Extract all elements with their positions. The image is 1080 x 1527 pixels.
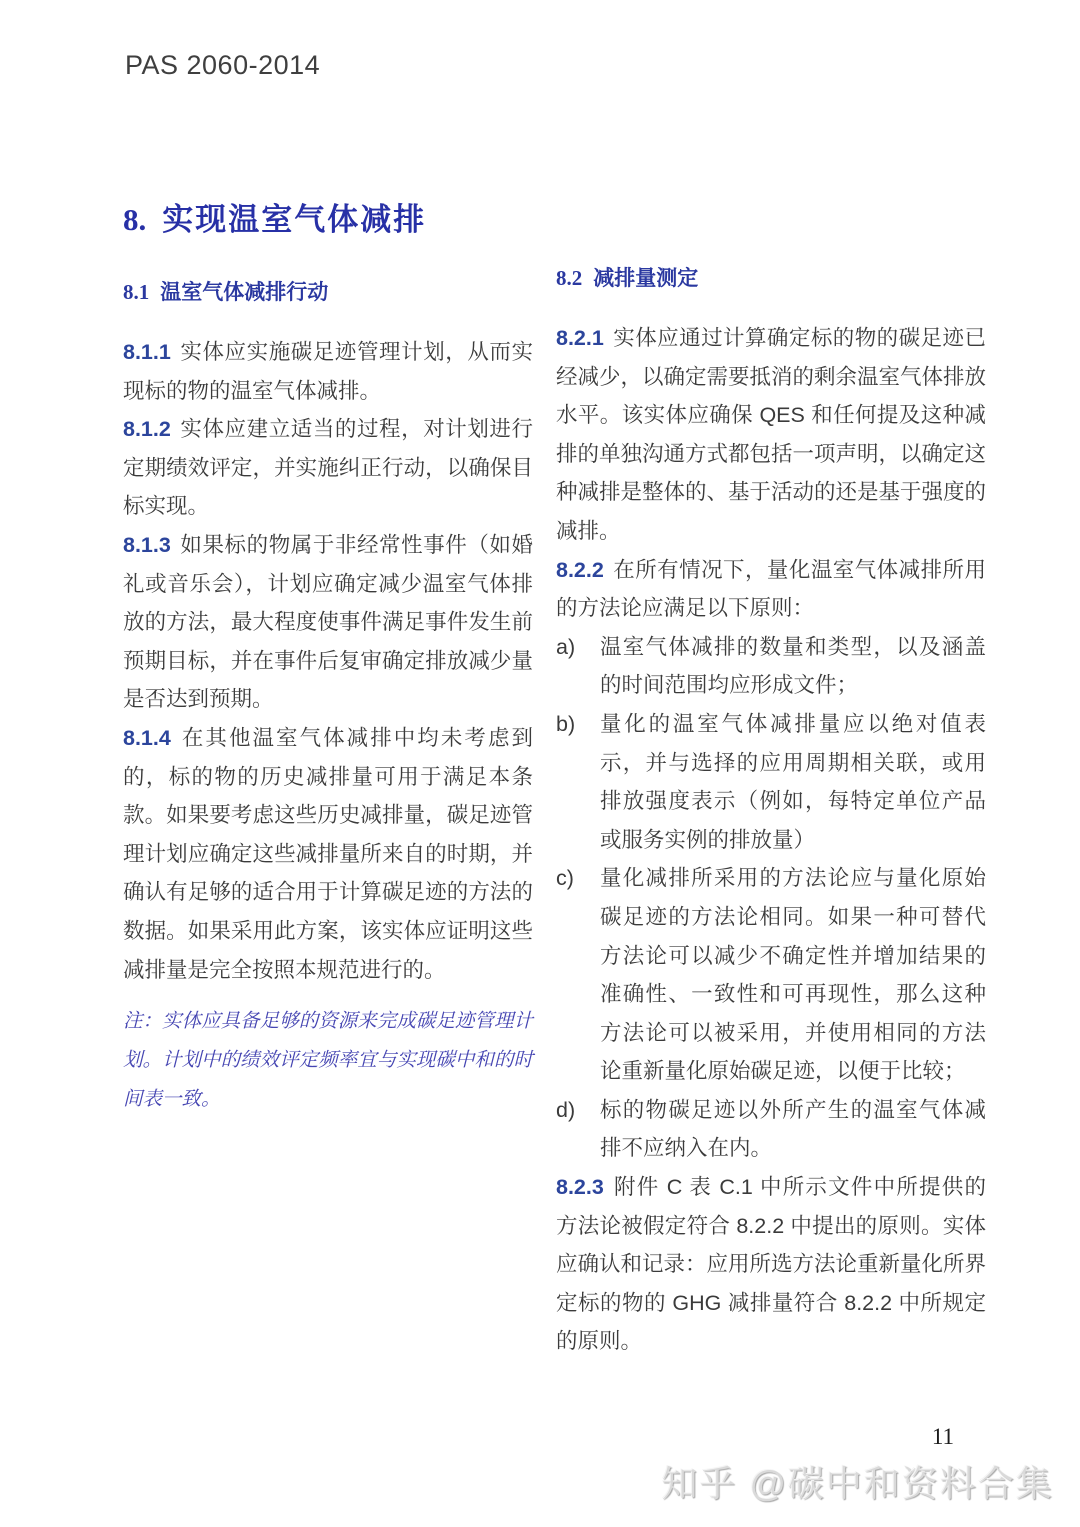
watermark: 知乎 @碳中和资料合集 [661, 1456, 1054, 1507]
clause-text: 在所有情况下，量化温室气体减排所用的方法论应满足以下原则： [556, 558, 986, 621]
clause-text: 实体应建立适当的过程，对计划进行定期绩效评定，并实施纠正行动，以确保目标实现。 [123, 417, 533, 518]
clause-number: 8.2.2 [556, 558, 604, 582]
list-marker: b) [556, 705, 600, 859]
clause-number: 8.1.3 [123, 533, 171, 557]
subsection-heading-text: 温室气体减排行动 [160, 281, 328, 304]
clause-8-2-2: 8.2.2在所有情况下，量化温室气体减排所用的方法论应满足以下原则： [556, 551, 986, 628]
left-column: 8.1温室气体减排行动 8.1.1实体应实施碳足迹管理计划，从而实现标的物的温室… [123, 276, 533, 1119]
list-item-c: c) 量化减排所采用的方法论应与量化原始碳足迹的方法论相同。如果一种可替代方法论… [556, 859, 986, 1091]
clause-number: 8.2.3 [556, 1175, 604, 1199]
principles-list: a) 温室气体减排的数量和类型，以及涵盖的时间范围均应形成文件； b) 量化的温… [556, 628, 986, 1168]
list-item-text: 标的物碳足迹以外所产生的温室气体减排不应纳入在内。 [600, 1091, 986, 1168]
clause-number: 8.1.4 [123, 726, 171, 750]
subsection-number: 8.1 [123, 280, 149, 304]
clause-text: 如果标的物属于非经常性事件（如婚礼或音乐会），计划应确定减少温室气体排放的方法，… [123, 533, 533, 711]
clause-number: 8.2.1 [556, 326, 604, 350]
list-item-b: b) 量化的温室气体减排量应以绝对值表示，并与选择的应用周期相关联，或用排放强度… [556, 705, 986, 859]
list-item-a: a) 温室气体减排的数量和类型，以及涵盖的时间范围均应形成文件； [556, 628, 986, 705]
clause-8-1-1: 8.1.1实体应实施碳足迹管理计划，从而实现标的物的温室气体减排。 [123, 333, 533, 410]
section-title: 8.实现温室气体减排 [123, 194, 426, 239]
list-marker: c) [556, 859, 600, 1091]
clause-text: 实体应通过计算确定标的物的碳足迹已经减少，以确定需要抵消的剩余温室气体排放水平。… [556, 326, 986, 543]
page-number: 11 [932, 1424, 954, 1450]
clause-text: 附件 C 表 C.1 中所示文件中所提供的方法论被假定符合 8.2.2 中提出的… [556, 1175, 986, 1353]
clause-8-1-2: 8.1.2实体应建立适当的过程，对计划进行定期绩效评定，并实施纠正行动，以确保目… [123, 410, 533, 526]
subsection-heading-8-1: 8.1温室气体减排行动 [123, 276, 533, 306]
list-marker: d) [556, 1091, 600, 1168]
list-item-d: d) 标的物碳足迹以外所产生的温室气体减排不应纳入在内。 [556, 1091, 986, 1168]
clause-8-1-3: 8.1.3如果标的物属于非经常性事件（如婚礼或音乐会），计划应确定减少温室气体排… [123, 526, 533, 719]
note: 注：实体应具备足够的资源来完成碳足迹管理计划。计划中的绩效评定频率宜与实现碳中和… [123, 1002, 533, 1119]
list-item-text: 量化减排所采用的方法论应与量化原始碳足迹的方法论相同。如果一种可替代方法论可以减… [600, 859, 986, 1091]
document-page: PAS 2060-2014 8.实现温室气体减排 8.1温室气体减排行动 8.1… [0, 0, 1080, 1527]
clause-8-2-3: 8.2.3附件 C 表 C.1 中所示文件中所提供的方法论被假定符合 8.2.2… [556, 1168, 986, 1361]
document-code: PAS 2060-2014 [125, 50, 320, 81]
subsection-heading-text: 减排量测定 [593, 267, 698, 290]
right-column: 8.2减排量测定 8.2.1实体应通过计算确定标的物的碳足迹已经减少，以确定需要… [556, 262, 986, 1361]
clause-8-2-1: 8.2.1实体应通过计算确定标的物的碳足迹已经减少，以确定需要抵消的剩余温室气体… [556, 319, 986, 551]
list-marker: a) [556, 628, 600, 705]
clause-number: 8.1.1 [123, 340, 171, 364]
subsection-number: 8.2 [556, 266, 582, 290]
clause-text: 实体应实施碳足迹管理计划，从而实现标的物的温室气体减排。 [123, 340, 533, 403]
list-item-text: 温室气体减排的数量和类型，以及涵盖的时间范围均应形成文件； [600, 628, 986, 705]
section-title-text: 实现温室气体减排 [162, 202, 426, 237]
section-number: 8. [123, 202, 146, 237]
clause-8-1-4: 8.1.4在其他温室气体减排中均未考虑到的，标的物的历史减排量可用于满足本条款。… [123, 719, 533, 989]
subsection-heading-8-2: 8.2减排量测定 [556, 262, 986, 292]
clause-number: 8.1.2 [123, 417, 171, 441]
clause-text: 在其他温室气体减排中均未考虑到的，标的物的历史减排量可用于满足本条款。如果要考虑… [123, 726, 533, 982]
list-item-text: 量化的温室气体减排量应以绝对值表示，并与选择的应用周期相关联，或用排放强度表示（… [600, 705, 986, 859]
